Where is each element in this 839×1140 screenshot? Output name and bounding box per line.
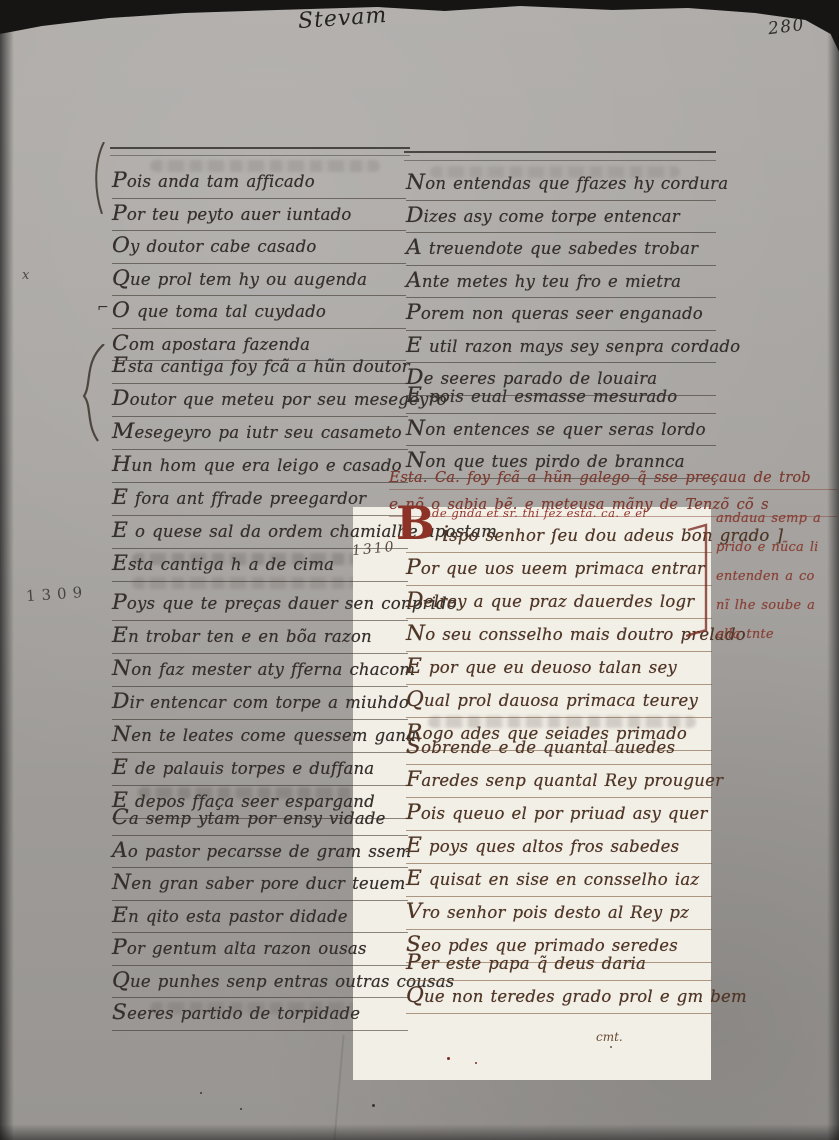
verse-line: Per este papa q̃ deus daria — [406, 948, 712, 981]
verse-line: En trobar ten e en bõa razon — [112, 621, 408, 654]
manuscript-scan: Stevam 280 Pois anda tam afficado Por te… — [0, 0, 839, 1140]
verse-line: Qual prol dauosa primaca teurey — [406, 685, 712, 718]
left-stanza-3: Ca semp ytam por ensy vidade Ao pastor p… — [112, 803, 408, 1031]
verse-line: Ante metes hy teu fro e mietra — [406, 266, 716, 299]
flourish-mark — [76, 344, 108, 442]
rubric-line: Doutor que meteu por seu mesegeyro — [112, 384, 408, 417]
rubric-line: Hun hom que era leigo e casado — [112, 450, 408, 483]
margin-notes: andaua semp a prido e nũca li entenden a… — [716, 506, 838, 651]
verse-line: E util razon mays sey senpra cordado — [406, 331, 716, 364]
verse-line: Non entences se quer seras lordo — [406, 414, 716, 447]
poem1310-couplet: Per este papa q̃ deus daria Que non tere… — [406, 948, 712, 1014]
verse-line: Faredes senp quantal Rey prouguer — [406, 765, 712, 798]
page-edge-shadow — [0, 1124, 839, 1140]
verse-line: Poys que te preças dauer sen conprido — [112, 588, 408, 621]
ink-speck — [475, 1062, 477, 1064]
column-rule — [110, 147, 410, 149]
ink-speck — [610, 1046, 612, 1048]
verse-line: Por que uos ueem primaca entrar — [406, 553, 712, 586]
verse-line: Pois queuo el por priuad asy quer — [406, 798, 712, 831]
verse-line: Pois anda tam afficado — [112, 166, 406, 199]
verse-line: E pois eual esmasse mesurado — [406, 381, 716, 414]
margin-note-line: prido e nũca li — [716, 535, 838, 564]
verse-line: E poys ques altos fros sabedes — [406, 831, 712, 864]
verse-line: O que toma tal cuydado — [112, 296, 406, 329]
page-edge-shadow — [827, 0, 839, 1140]
verse-line: Que prol tem hy ou augenda — [112, 264, 406, 297]
left-stanza-1: Pois anda tam afficado Por teu peyto aue… — [112, 166, 406, 361]
column-rule — [110, 155, 410, 156]
verse-line: Ao pastor pecarsse de gram ssem — [112, 836, 408, 869]
verse-line: Seeres partido de torpidade — [112, 998, 408, 1031]
verse-line: Non faz mester aty fferna chacom — [112, 654, 408, 687]
ink-speck — [240, 1108, 242, 1110]
verse-line: E quisat en sise en consselho iaz — [406, 864, 712, 897]
poem1310-stanza-1: ispo senhor ſeu dou adeus bon grado ] Po… — [406, 520, 712, 751]
rubric-line: Esta cantiga foy fcã a hũn doutor — [112, 351, 408, 384]
verse-line: Delrey a que praz dauerdes logr — [406, 586, 712, 619]
cantiga-number-1309: 1309 — [25, 583, 88, 605]
verse-line: E por que eu deuoso talan sey — [406, 652, 712, 685]
rubric-line: E fora ant ffrade preegardor — [112, 483, 408, 516]
red-interlinear-note: de gnda et sr. thi fez esta. ca. e el — [432, 506, 647, 520]
verse-line: Porem non queras seer enganado — [406, 298, 716, 331]
verse-line: A treuendote que sabedes trobar — [406, 233, 716, 266]
verse-line: No seu consselho mais doutro prelado — [406, 619, 712, 652]
margin-note-line: nĩ lhe soube a — [716, 593, 838, 622]
verse-line: Vro senhor pois desto al Rey pz — [406, 897, 712, 930]
rubric-line: Mesegeyro pa iutr seu casameto — [112, 417, 408, 450]
verse-line: Sobrende e de quantal auedes — [406, 732, 712, 765]
red-rubric-line: Esta. Ca. foy fcã a hũn galego q̃ sse pr… — [389, 463, 837, 490]
manuscript-page: Stevam 280 Pois anda tam afficado Por te… — [0, 0, 839, 1140]
right-stanza-1: Non entendas que ffazes hy cordura Dizes… — [406, 168, 716, 396]
verse-line: Por teu peyto auer iuntado — [112, 199, 406, 232]
verse-line: Por gentum alta razon ousas — [112, 933, 408, 966]
left-stanza-2: Poys que te preças dauer sen conprido En… — [112, 588, 408, 819]
verse-line: E de palauis torpes e duffana — [112, 753, 408, 786]
top-annotation: Stevam — [297, 3, 388, 34]
margin-x-mark: x — [22, 268, 29, 283]
ink-speck — [200, 1092, 202, 1094]
verse-line: Dizes asy come torpe entencar — [406, 201, 716, 234]
corner-mark: ⌐ — [97, 300, 109, 316]
column-rule — [404, 151, 716, 153]
poem1310-stanza-2: Sobrende e de quantal auedes Faredes sen… — [406, 732, 712, 963]
verse-line: Dir entencar com torpe a miuhdo — [112, 687, 408, 720]
end-mark: cmt. — [596, 1030, 623, 1044]
margin-note-line: entenden a co — [716, 564, 838, 593]
verse-line: ispo senhor ſeu dou adeus bon grado ] — [406, 520, 712, 553]
verse-line: Que non teredes grado prol e gm bem — [406, 981, 712, 1014]
page-edge-shadow — [0, 0, 14, 1140]
verse-line: Nen gran saber pore ducr teuem — [112, 868, 408, 901]
verse-line: Que punhes senp entras outras cousas — [112, 966, 408, 999]
margin-note-line: ella tnte — [716, 622, 838, 651]
verse-line: Nen te leates come quessem gana — [112, 720, 408, 753]
bracket-mark — [684, 522, 714, 640]
ink-speck — [372, 1104, 375, 1107]
verse-line: Non entendas que ffazes hy cordura — [406, 168, 716, 201]
verse-line: Oy doutor cabe casado — [112, 231, 406, 264]
verse-line: Ca semp ytam por ensy vidade — [112, 803, 408, 836]
flourish-mark — [90, 142, 110, 214]
ink-speck — [447, 1057, 450, 1060]
column-rule — [404, 160, 716, 161]
margin-note-line: andaua semp a — [716, 506, 838, 535]
folio-number: 280 — [767, 15, 806, 39]
verse-line: En qito esta pastor didade — [112, 901, 408, 934]
